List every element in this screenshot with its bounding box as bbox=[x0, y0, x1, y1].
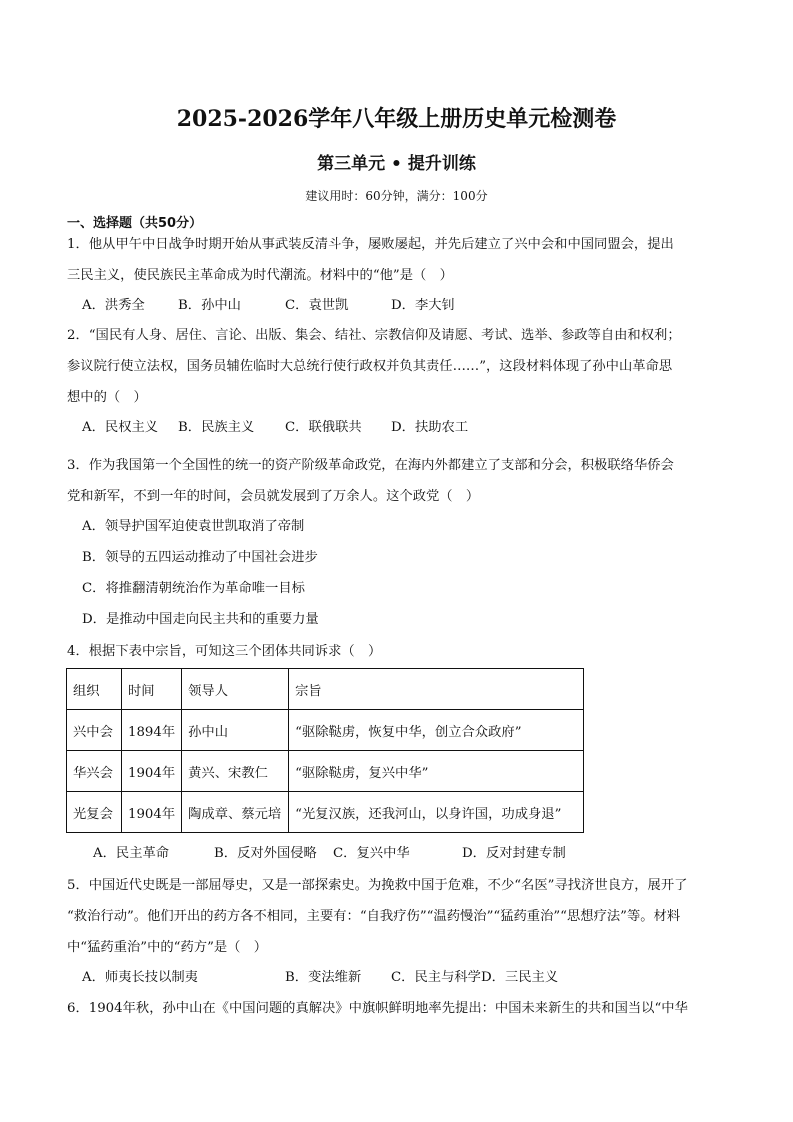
question-1-option-c: C．袁世凯 bbox=[285, 297, 348, 315]
question-4-option-c: C．复兴中华 bbox=[333, 845, 410, 863]
question-4-option-a: A．民主革命 bbox=[93, 845, 169, 863]
table-header-cell: 组织 bbox=[67, 669, 122, 710]
exam-subtitle: 第三单元 • 提升训练 bbox=[0, 149, 793, 174]
table-header-row: 组织 时间 领导人 宗旨 bbox=[67, 669, 584, 710]
table-cell: 1904年 bbox=[122, 751, 182, 792]
question-3-option-b: B．领导的五四运动推动了中国社会进步 bbox=[82, 549, 318, 567]
question-1-option-d: D．李大钊 bbox=[391, 297, 455, 315]
question-5-option-a: A．师夷长技以制夷 bbox=[82, 969, 198, 987]
exam-page: 2025-2026学年八年级上册历史单元检测卷 第三单元 • 提升训练 建议用时… bbox=[0, 0, 793, 1122]
question-3-option-a: A．领导护国军迫使袁世凯取消了帝制 bbox=[82, 518, 304, 536]
question-1-line-1: 1．他从甲午中日战争时期开始从事武装反清斗争，屡败屡起，并先后建立了兴中会和中国… bbox=[67, 236, 674, 254]
question-2-option-a: A．民权主义 bbox=[82, 419, 158, 437]
question-1-option-a: A．洪秀全 bbox=[82, 297, 145, 315]
table-row: 光复会 1904年 陶成章、蔡元培 “光复汉族，还我河山，以身许国，功成身退” bbox=[67, 792, 584, 833]
section-heading: 一、选择题（共50分） bbox=[67, 212, 202, 231]
question-2-line-2: 参议院行使立法权，国务员辅佐临时大总统行使行政权并负其责任……”，这段材料体现了… bbox=[67, 358, 672, 376]
table-header-cell: 领导人 bbox=[182, 669, 289, 710]
question-2-option-c: C．联俄联共 bbox=[285, 419, 362, 437]
table-header-cell: 宗旨 bbox=[289, 669, 584, 710]
table-cell: 1894年 bbox=[122, 710, 182, 751]
question-5-option-d: D．三民主义 bbox=[481, 969, 558, 987]
table-cell: 光复会 bbox=[67, 792, 122, 833]
question-4-option-d: D．反对封建专制 bbox=[462, 845, 566, 863]
question-3-line-2: 党和新军，不到一年的时间，会员就发展到了万余人。这个政党（ ） bbox=[67, 488, 479, 506]
table-cell: “光复汉族，还我河山，以身许国，功成身退” bbox=[289, 792, 584, 833]
question-2-line-1: 2．“国民有人身、居住、言论、出版、集会、结社、宗教信仰及请愿、考试、选举、参政… bbox=[67, 327, 681, 345]
table-cell: “驱除鞑虏，复兴中华” bbox=[289, 751, 584, 792]
question-3-option-c: C．将推翻清朝统治作为革命唯一目标 bbox=[82, 580, 305, 598]
table-cell: 兴中会 bbox=[67, 710, 122, 751]
question-5-option-c: C．民主与科学 bbox=[391, 969, 481, 987]
organizations-table: 组织 时间 领导人 宗旨 兴中会 1894年 孙中山 “驱除鞑虏，恢复中华，创立… bbox=[66, 668, 584, 833]
table-cell: 陶成章、蔡元培 bbox=[182, 792, 289, 833]
question-3-line-1: 3．作为我国第一个全国性的统一的资产阶级革命政党，在海内外都建立了支部和分会，积… bbox=[67, 457, 674, 475]
table-cell: “驱除鞑虏，恢复中华，创立合众政府” bbox=[289, 710, 584, 751]
exam-title: 2025-2026学年八年级上册历史单元检测卷 bbox=[0, 102, 793, 133]
question-4-line-1: 4．根据下表中宗旨，可知这三个团体共同诉求（ ） bbox=[67, 643, 381, 661]
question-5-line-1: 5．中国近代史既是一部屈辱史，又是一部探索史。为挽救中国于危难，不少“名医”寻找… bbox=[67, 877, 687, 895]
table-cell: 黄兴、宋教仁 bbox=[182, 751, 289, 792]
question-5-option-b: B．变法维新 bbox=[285, 969, 361, 987]
question-2-option-d: D．扶助农工 bbox=[391, 419, 468, 437]
question-1-line-2: 三民主义，使民族民主革命成为时代潮流。材料中的“他”是（ ） bbox=[67, 267, 453, 285]
question-2-line-3: 想中的（ ） bbox=[67, 389, 147, 407]
exam-meta: 建议用时：60分钟，满分：100分 bbox=[0, 187, 793, 204]
table-header-cell: 时间 bbox=[122, 669, 182, 710]
table-row: 兴中会 1894年 孙中山 “驱除鞑虏，恢复中华，创立合众政府” bbox=[67, 710, 584, 751]
question-1-option-b: B．孙中山 bbox=[178, 297, 241, 315]
table-cell: 1904年 bbox=[122, 792, 182, 833]
question-4-option-b: B．反对外国侵略 bbox=[214, 845, 317, 863]
table-cell: 孙中山 bbox=[182, 710, 289, 751]
question-2-option-b: B．民族主义 bbox=[178, 419, 254, 437]
question-3-option-d: D．是推动中国走向民主共和的重要力量 bbox=[82, 611, 319, 629]
question-5-line-3: 中“猛药重治”中的“药方”是（ ） bbox=[67, 939, 267, 957]
table-row: 华兴会 1904年 黄兴、宋教仁 “驱除鞑虏，复兴中华” bbox=[67, 751, 584, 792]
table-cell: 华兴会 bbox=[67, 751, 122, 792]
question-6-line-1: 6．1904年秋，孙中山在《中国问题的真解决》中旗帜鲜明地率先提出：中国未来新生… bbox=[67, 1000, 688, 1018]
question-5-line-2: “救治行动”。他们开出的药方各不相同，主要有：“自我疗伤”“温药慢治”“猛药重治… bbox=[67, 908, 680, 926]
